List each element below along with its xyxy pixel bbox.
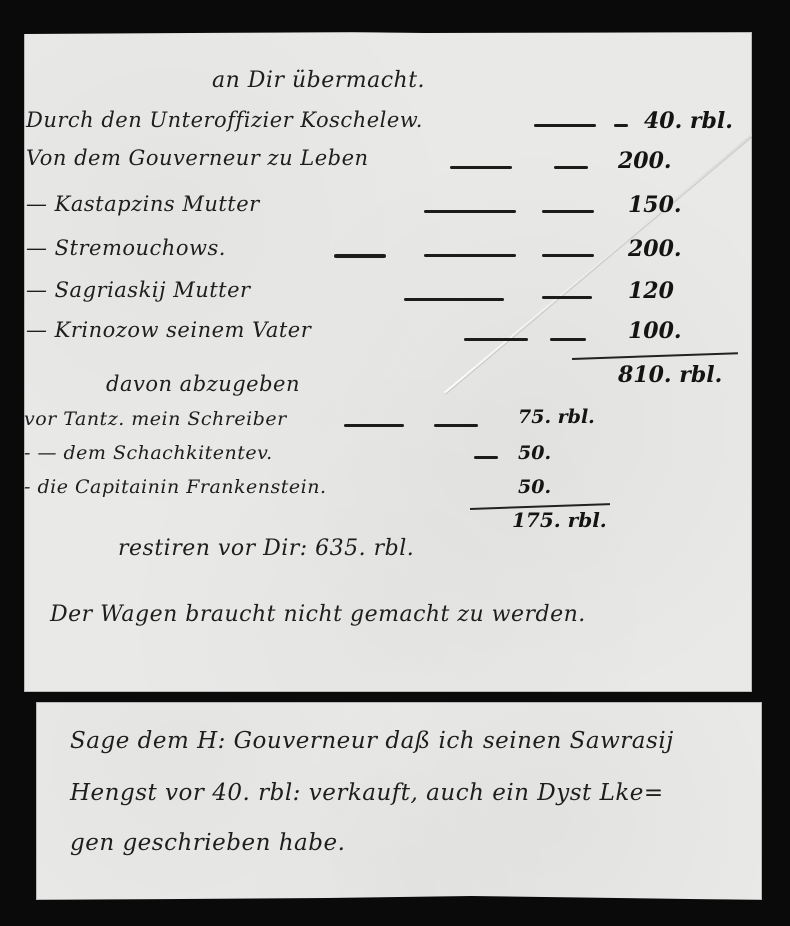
- lower-paper-sheet: Sage dem H: Gouverneur daß ich seinen Sa…: [36, 702, 762, 900]
- ledger-dash: [424, 210, 516, 213]
- ledger-dash: [542, 210, 594, 213]
- deduction-amount: 75. rbl.: [518, 406, 595, 428]
- ledger-dash: [542, 296, 592, 299]
- ledger-heading: an Dir übermacht.: [212, 68, 425, 93]
- ledger-entry-amount: 120: [628, 278, 674, 304]
- deduction-text: - — dem Schachkitentev.: [24, 442, 273, 464]
- ledger-dash: [450, 166, 512, 169]
- ledger-dash: [344, 424, 404, 427]
- note-line: Hengst vor 40. rbl: verkauft, auch ein D…: [70, 780, 664, 806]
- ledger-entry-text: — Krinozow seinem Vater: [26, 318, 311, 342]
- ledger-dash: [434, 424, 478, 427]
- ledger-entry-amount: 200.: [628, 236, 682, 262]
- ledger-dash: [474, 456, 498, 459]
- remainder-line: restiren vor Dir: 635. rbl.: [118, 536, 414, 561]
- ledger-dash: [334, 254, 386, 258]
- paper-fold-crease: [444, 96, 790, 393]
- ledger-entry-text: — Stremouchows.: [26, 236, 226, 260]
- upper-paper-sheet: an Dir übermacht. Durch den Unteroffizie…: [24, 32, 752, 692]
- ledger-dash: [554, 166, 588, 169]
- deduction-amount: 50.: [518, 442, 551, 464]
- ledger-dash: [542, 254, 594, 257]
- ledger-dash: [464, 338, 528, 341]
- ledger-dash: [550, 338, 586, 341]
- deductions-heading: davon abzugeben: [106, 372, 300, 396]
- ledger-entry-amount: 100.: [628, 318, 682, 344]
- ledger-dash: [424, 254, 516, 257]
- ledger-total: 810. rbl.: [618, 362, 722, 388]
- deduction-text: vor Tantz. mein Schreiber: [24, 408, 287, 430]
- ledger-dash: [534, 124, 596, 127]
- ledger-entry-text: — Sagriaskij Mutter: [26, 278, 251, 302]
- closing-note: Der Wagen braucht nicht gemacht zu werde…: [50, 602, 586, 627]
- note-line: Sage dem H: Gouverneur daß ich seinen Sa…: [70, 728, 674, 754]
- ledger-entry-amount: 150.: [628, 192, 682, 218]
- ledger-dash: [404, 298, 504, 301]
- ledger-entry-text: Von dem Gouverneur zu Leben: [26, 146, 369, 170]
- deduction-amount: 50.: [518, 476, 551, 498]
- ledger-entry-amount: 200.: [618, 148, 672, 174]
- ledger-entry-amount: 40. rbl.: [644, 108, 733, 134]
- sum-rule: [572, 352, 738, 360]
- note-line: gen geschrieben habe.: [70, 830, 345, 856]
- ledger-entry-text: — Kastapzins Mutter: [26, 192, 260, 216]
- ledger-dash: [614, 124, 628, 127]
- deductions-total: 175. rbl.: [512, 508, 607, 532]
- deduction-text: - die Capitainin Frankenstein.: [24, 476, 327, 498]
- ledger-entry-text: Durch den Unteroffizier Koschelew.: [26, 108, 423, 132]
